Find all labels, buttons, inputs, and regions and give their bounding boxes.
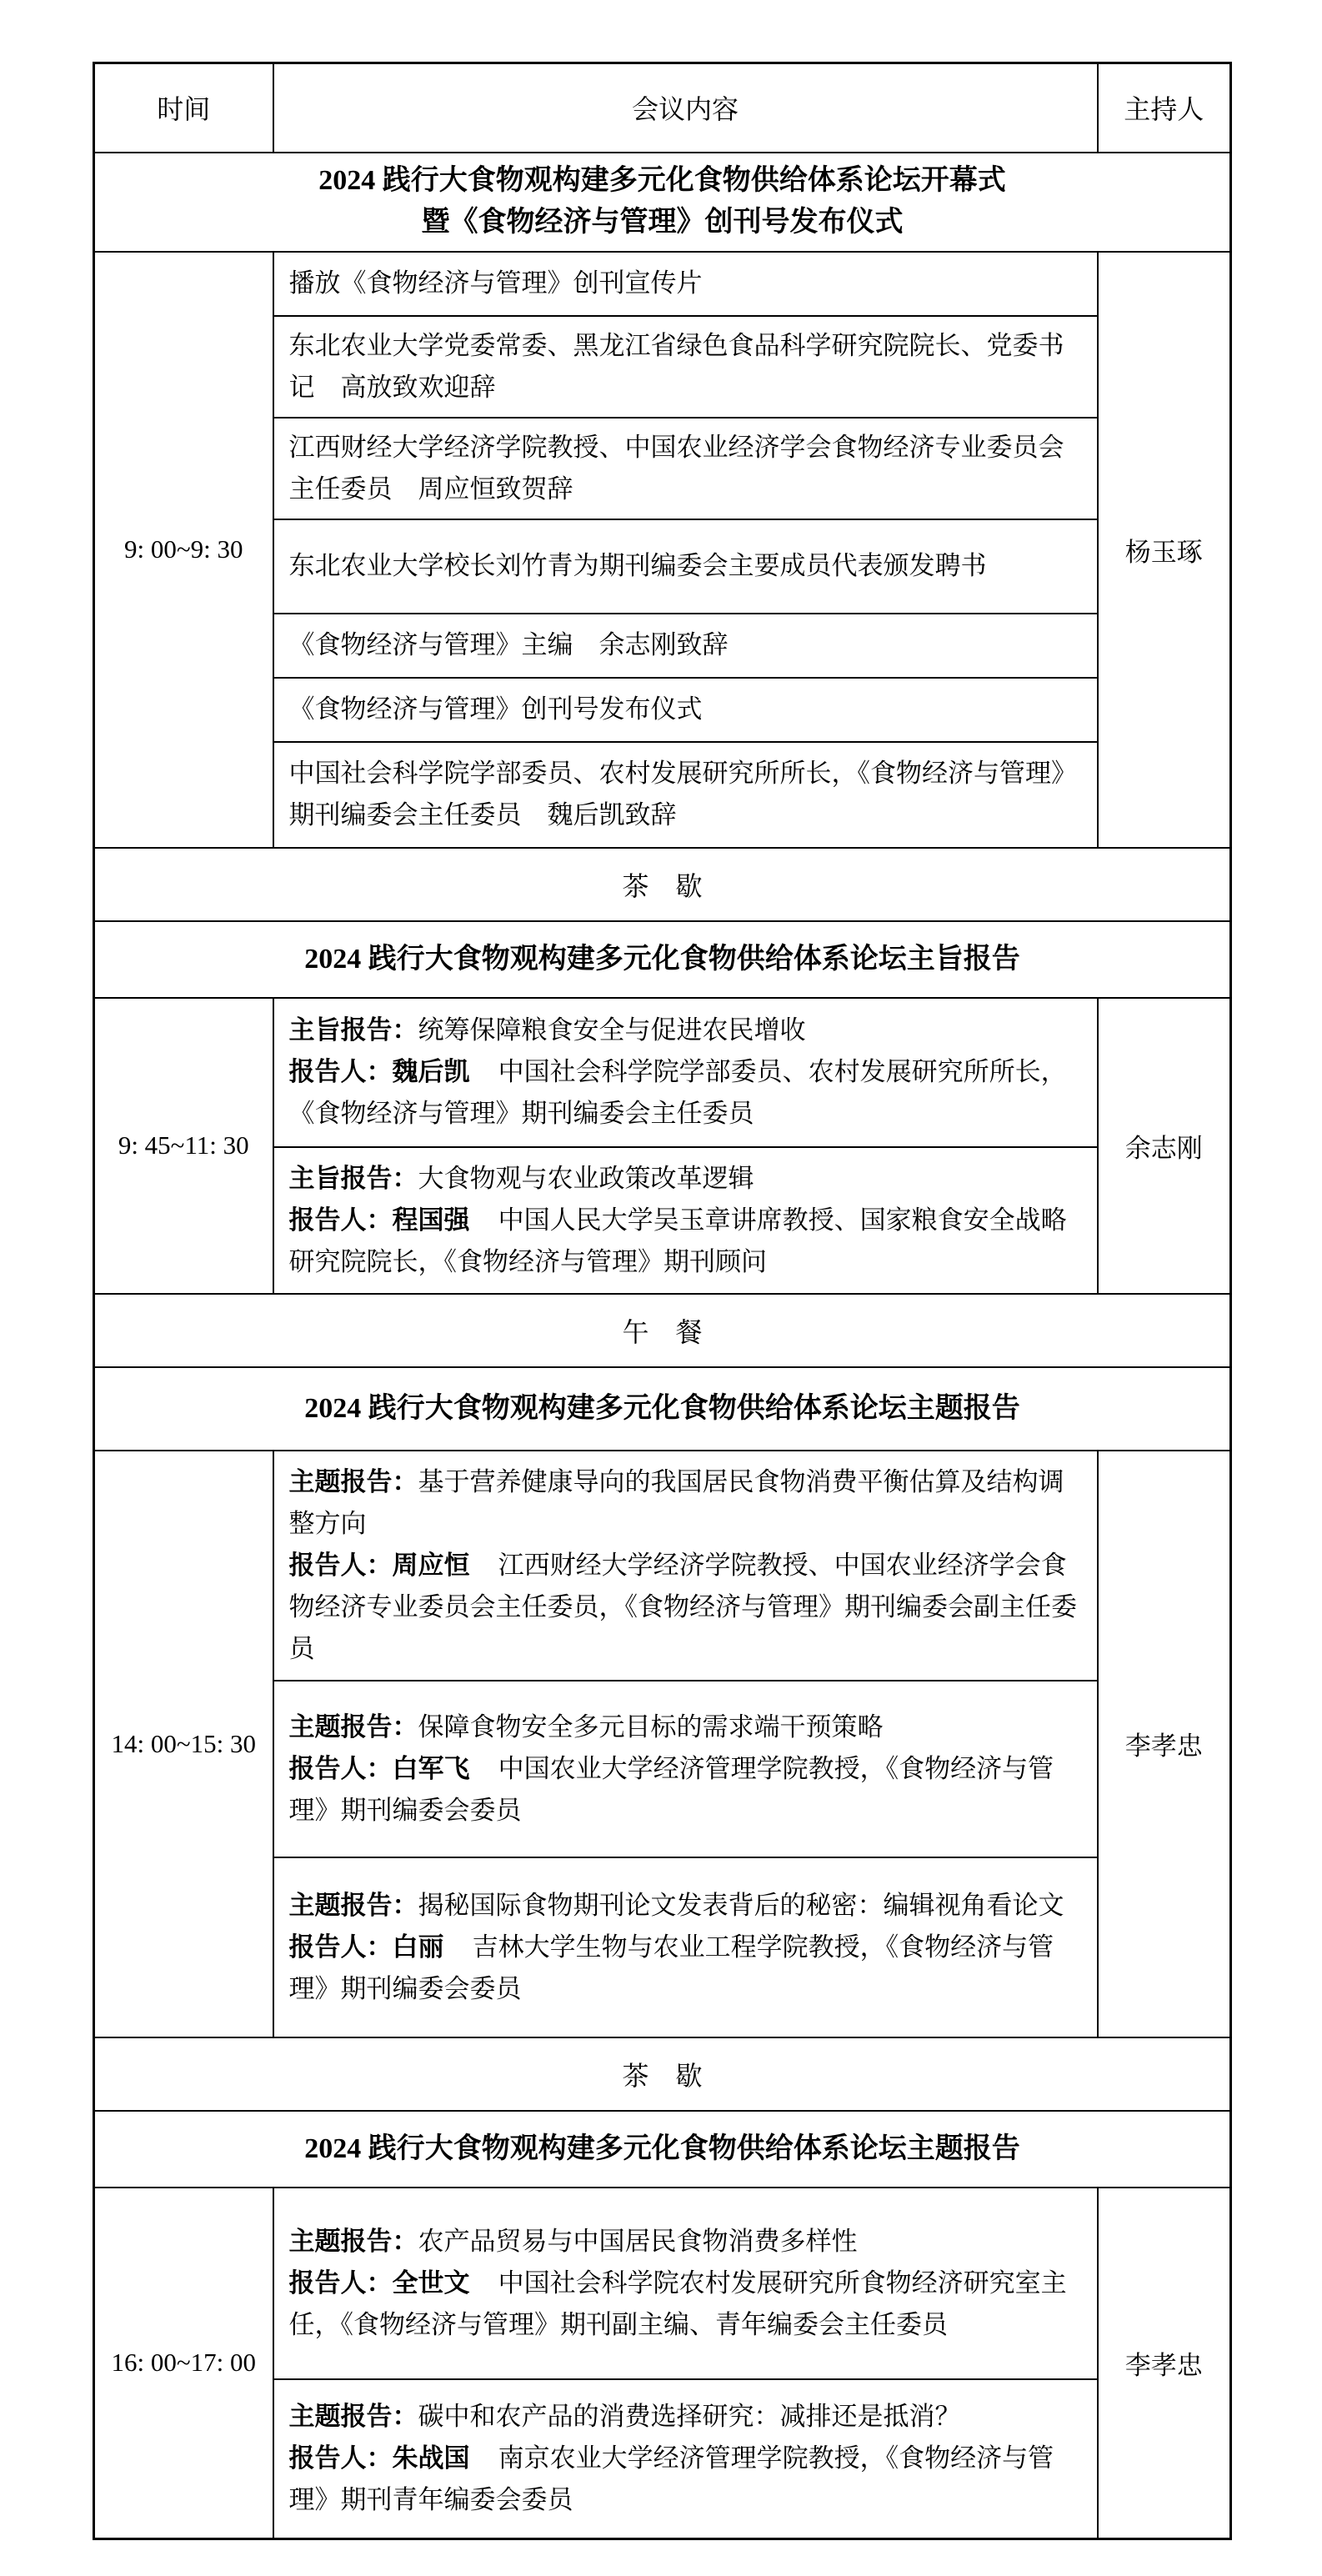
talk-title-line: 主旨报告：大食物观与农业政策改革逻辑	[289, 1158, 1085, 1200]
talk-title: 碳中和农产品的消费选择研究：减排还是抵消？	[418, 2402, 961, 2431]
talk-speaker-line: 报告人：程国强中国人民大学吴玉章讲席教授、国家粮食安全战略研究院院长，《食物经济…	[289, 1200, 1085, 1283]
agenda-item: 中国社会科学院学部委员、农村发展研究所所长，《食物经济与管理》期刊编委会主任委员…	[273, 742, 1098, 848]
host-cell-keynote: 余志刚	[1098, 998, 1231, 1294]
opening-title-row: 2024 践行大食物观构建多元化食物供给体系论坛开幕式 暨《食物经济与管理》创刊…	[94, 153, 1231, 252]
talk-title: 大食物观与农业政策改革逻辑	[418, 1164, 754, 1193]
talk-title-line: 主题报告：基于营养健康导向的我国居民食物消费平衡估算及结构调整方向	[289, 1461, 1085, 1545]
agenda-item: 江西财经大学经济学院教授、中国农业经济学会食物经济专业委员会主任委员 周应恒致贺…	[273, 418, 1098, 519]
lunch-cell: 午 餐	[94, 1294, 1231, 1367]
host-cell-block1: 杨玉琢	[1098, 252, 1231, 848]
agenda-item: 《食物经济与管理》创刊号发布仪式	[273, 678, 1098, 742]
talk-title-line: 主题报告：碳中和农产品的消费选择研究：减排还是抵消？	[289, 2396, 1085, 2438]
agenda-row: 9: 00~9: 30 播放《食物经济与管理》创刊宣传片 杨玉琢	[94, 252, 1231, 316]
talk-label: 主题报告：	[289, 2227, 418, 2256]
speaker-label: 报告人：	[289, 1932, 393, 1962]
agenda-table: 时间 会议内容 主持人 2024 践行大食物观构建多元化食物供给体系论坛开幕式 …	[93, 62, 1232, 2540]
talk-title: 保障食物安全多元目标的需求端干预策略	[418, 1712, 884, 1742]
speaker-label: 报告人：	[289, 2268, 393, 2298]
agenda-item: 播放《食物经济与管理》创刊宣传片	[273, 252, 1098, 316]
talk-label: 主旨报告：	[289, 1164, 418, 1193]
talk-label: 主题报告：	[289, 1467, 418, 1496]
talk-label: 主题报告：	[289, 2402, 418, 2431]
speaker-name: 白丽	[393, 1932, 444, 1962]
page: { "agenda": { "columns": { "time": "时间",…	[0, 0, 1322, 2576]
agenda-item: 东北农业大学党委常委、黑龙江省绿色食品科学研究院院长、党委书记 高放致欢迎辞	[273, 316, 1098, 418]
talk-speaker-line: 报告人：魏后凯中国社会科学院学部委员、农村发展研究所所长，《食物经济与管理》期刊…	[289, 1051, 1085, 1135]
header-row: 时间 会议内容 主持人	[94, 63, 1231, 153]
agenda-row: 14: 00~15: 30 主题报告：基于营养健康导向的我国居民食物消费平衡估算…	[94, 1451, 1231, 1681]
section-title-row: 2024 践行大食物观构建多元化食物供给体系论坛主题报告	[94, 1367, 1231, 1451]
agenda-item: 东北农业大学校长刘竹青为期刊编委会主要成员代表颁发聘书	[273, 519, 1098, 614]
header-cell-content: 会议内容	[273, 63, 1098, 153]
header-cell-host: 主持人	[1098, 63, 1231, 153]
talk-speaker-line: 报告人：全世文中国社会科学院农村发展研究所食物经济研究室主任，《食物经济与管理》…	[289, 2263, 1085, 2346]
speaker-name: 魏后凯	[393, 1057, 470, 1086]
talk-title-line: 主旨报告：统筹保障粮食安全与促进农民增收	[289, 1010, 1085, 1051]
agenda-row: 16: 00~17: 00 主题报告：农产品贸易与中国居民食物消费多样性 报告人…	[94, 2188, 1231, 2379]
break-row: 茶 歇	[94, 2037, 1231, 2111]
talk-speaker-line: 报告人：白军飞中国农业大学经济管理学院教授，《食物经济与管理》期刊编委会委员	[289, 1748, 1085, 1832]
agenda-item: 《食物经济与管理》主编 余志刚致辞	[273, 614, 1098, 678]
speaker-name: 程国强	[393, 1205, 470, 1235]
talk-speaker-line: 报告人：周应恒江西财经大学经济学院教授、中国农业经济学会食物经济专业委员会主任委…	[289, 1545, 1085, 1670]
speaker-name: 朱战国	[393, 2443, 470, 2473]
talk-cell: 主旨报告：统筹保障粮食安全与促进农民增收 报告人：魏后凯中国社会科学院学部委员、…	[273, 998, 1098, 1147]
talk-title-line: 主题报告：农产品贸易与中国居民食物消费多样性	[289, 2221, 1085, 2263]
time-cell-theme2: 16: 00~17: 00	[94, 2188, 273, 2539]
speaker-label: 报告人：	[289, 1551, 393, 1580]
section-title-row: 2024 践行大食物观构建多元化食物供给体系论坛主题报告	[94, 2111, 1231, 2188]
talk-label: 主旨报告：	[289, 1015, 418, 1045]
keynote-section-title: 2024 践行大食物观构建多元化食物供给体系论坛主旨报告	[94, 921, 1231, 998]
talk-title-line: 主题报告：保障食物安全多元目标的需求端干预策略	[289, 1706, 1085, 1748]
talk-label: 主题报告：	[289, 1891, 418, 1920]
talk-cell: 主旨报告：大食物观与农业政策改革逻辑 报告人：程国强中国人民大学吴玉章讲席教授、…	[273, 1147, 1098, 1294]
break-row: 茶 歇	[94, 848, 1231, 921]
theme1-section-title: 2024 践行大食物观构建多元化食物供给体系论坛主题报告	[94, 1367, 1231, 1451]
header-cell-time: 时间	[94, 63, 273, 153]
talk-cell: 主题报告：农产品贸易与中国居民食物消费多样性 报告人：全世文中国社会科学院农村发…	[273, 2188, 1098, 2379]
speaker-name: 周应恒	[393, 1551, 470, 1580]
speaker-label: 报告人：	[289, 1754, 393, 1783]
section-title-row: 2024 践行大食物观构建多元化食物供给体系论坛主旨报告	[94, 921, 1231, 998]
talk-speaker-line: 报告人：白丽吉林大学生物与农业工程学院教授，《食物经济与管理》期刊编委会委员	[289, 1927, 1085, 2010]
speaker-label: 报告人：	[289, 1205, 393, 1235]
speaker-name: 全世文	[393, 2268, 470, 2298]
time-cell-keynote: 9: 45~11: 30	[94, 998, 273, 1294]
host-cell-theme2: 李孝忠	[1098, 2188, 1231, 2539]
break-row: 午 餐	[94, 1294, 1231, 1367]
talk-cell: 主题报告：揭秘国际食物期刊论文发表背后的秘密：编辑视角看论文 报告人：白丽吉林大…	[273, 1857, 1098, 2037]
talk-cell: 主题报告：基于营养健康导向的我国居民食物消费平衡估算及结构调整方向 报告人：周应…	[273, 1451, 1098, 1681]
talk-cell: 主题报告：碳中和农产品的消费选择研究：减排还是抵消？ 报告人：朱战国南京农业大学…	[273, 2379, 1098, 2539]
tea-break-cell: 茶 歇	[94, 848, 1231, 921]
speaker-name: 白军飞	[393, 1754, 470, 1783]
time-cell-block1: 9: 00~9: 30	[94, 252, 273, 848]
host-cell-theme1: 李孝忠	[1098, 1451, 1231, 2037]
tea-break-cell: 茶 歇	[94, 2037, 1231, 2111]
speaker-label: 报告人：	[289, 2443, 393, 2473]
talk-speaker-line: 报告人：朱战国南京农业大学经济管理学院教授，《食物经济与管理》期刊青年编委会委员	[289, 2438, 1085, 2521]
opening-title-line1: 2024 践行大食物观构建多元化食物供给体系论坛开幕式	[112, 160, 1213, 202]
speaker-label: 报告人：	[289, 1057, 393, 1086]
theme2-section-title: 2024 践行大食物观构建多元化食物供给体系论坛主题报告	[94, 2111, 1231, 2188]
talk-title-line: 主题报告：揭秘国际食物期刊论文发表背后的秘密：编辑视角看论文	[289, 1885, 1085, 1927]
talk-label: 主题报告：	[289, 1712, 418, 1742]
agenda-row: 9: 45~11: 30 主旨报告：统筹保障粮食安全与促进农民增收 报告人：魏后…	[94, 998, 1231, 1147]
talk-title: 揭秘国际食物期刊论文发表背后的秘密：编辑视角看论文	[418, 1891, 1064, 1920]
talk-cell: 主题报告：保障食物安全多元目标的需求端干预策略 报告人：白军飞中国农业大学经济管…	[273, 1681, 1098, 1857]
talk-title: 农产品贸易与中国居民食物消费多样性	[418, 2227, 858, 2256]
opening-title-line2: 暨《食物经济与管理》创刊号发布仪式	[112, 202, 1213, 243]
opening-title-cell: 2024 践行大食物观构建多元化食物供给体系论坛开幕式 暨《食物经济与管理》创刊…	[94, 153, 1231, 252]
time-cell-theme1: 14: 00~15: 30	[94, 1451, 273, 2037]
talk-title: 统筹保障粮食安全与促进农民增收	[418, 1015, 806, 1045]
